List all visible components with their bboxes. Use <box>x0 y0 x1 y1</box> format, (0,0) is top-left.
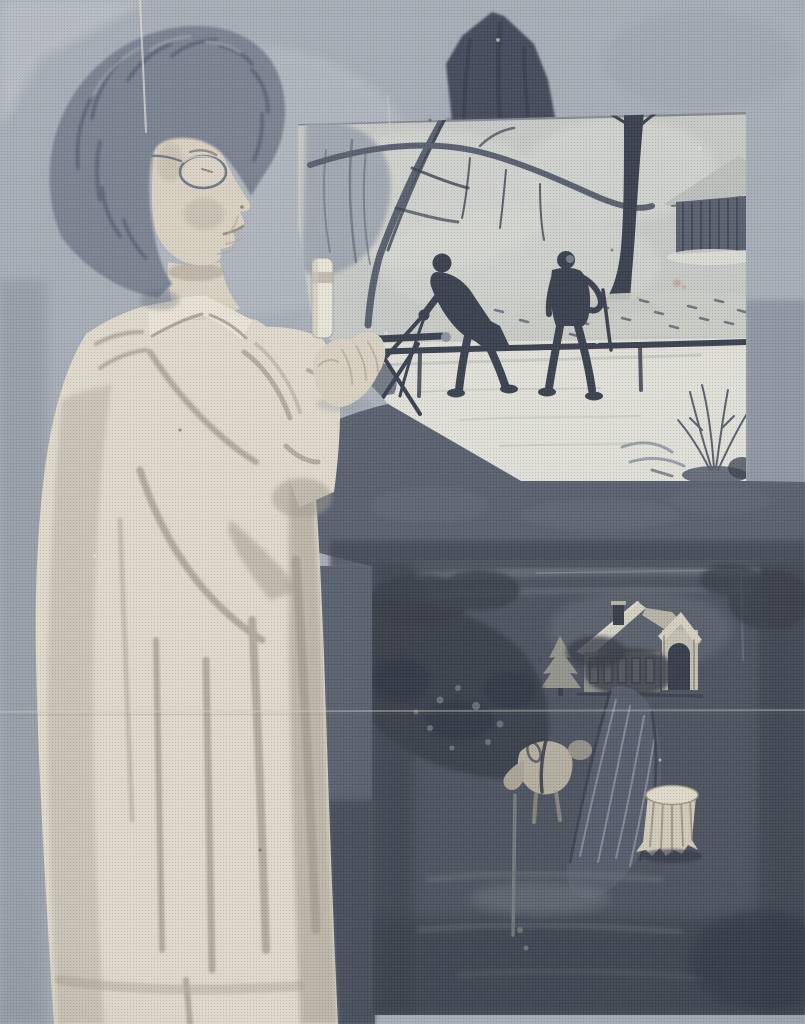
lower-painting <box>370 560 805 1015</box>
chimney <box>613 603 624 625</box>
wall-shadow-right <box>746 300 805 485</box>
photo-scene <box>0 0 805 1024</box>
newspaper-photo <box>0 0 805 1024</box>
warm-fleck <box>673 279 681 287</box>
paintbrush <box>312 258 333 338</box>
